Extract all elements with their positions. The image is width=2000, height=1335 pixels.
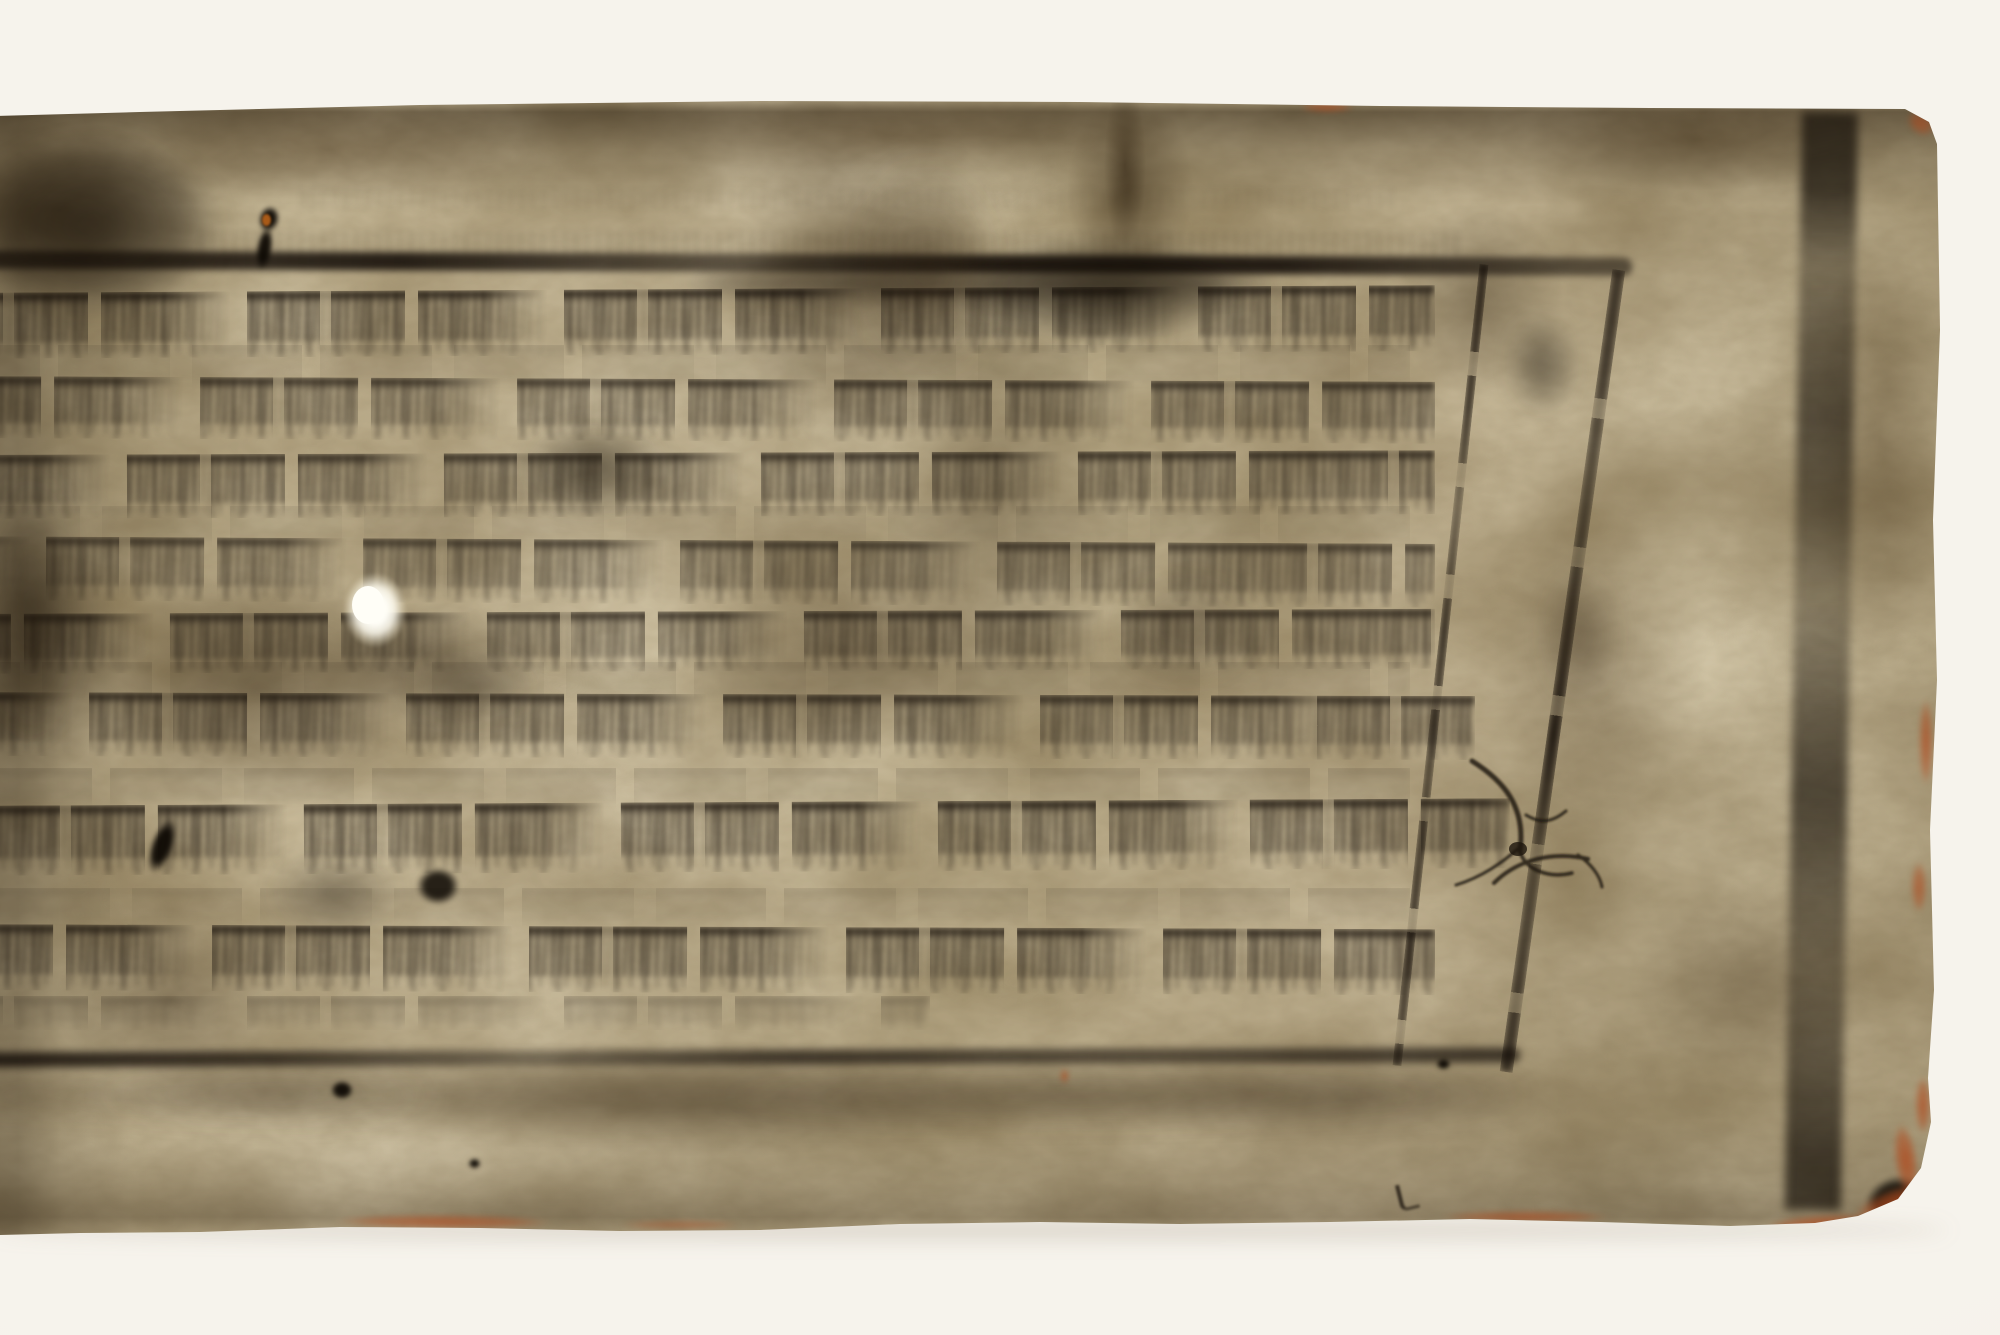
ink-smudge (1092, 552, 1282, 702)
ink-blob (468, 1158, 481, 1169)
ink-smudge (1532, 552, 1628, 722)
text-line (0, 376, 1435, 444)
fiber-tuft (1430, 755, 1630, 905)
ink-blob (1436, 1058, 1451, 1070)
edge-dye-stain (1296, 101, 1358, 113)
glare-spot-core (352, 586, 384, 624)
ink-smudge (252, 835, 417, 950)
text-line (0, 996, 930, 1030)
ink-smudge (50, 1058, 480, 1130)
text-line (0, 924, 1435, 995)
edge-dye-stain (1428, 1210, 1623, 1224)
ink-blob (330, 1080, 354, 1100)
ink-smudge (835, 128, 1020, 413)
text-line-ghost (0, 888, 1410, 928)
ink-smudge (498, 406, 693, 531)
ink-smudge (1495, 300, 1590, 430)
edge-dye-stain (610, 1220, 750, 1230)
text-line (0, 798, 1510, 876)
amber-fleck (262, 214, 271, 226)
ink-smudge (620, 1066, 1540, 1128)
text-line (0, 692, 1475, 760)
edge-dye-stain (1914, 1072, 1932, 1138)
edge-dye-stain (1060, 1068, 1069, 1084)
photograph (0, 0, 2000, 1335)
ink-blob (415, 866, 461, 906)
manuscript-leaf (0, 0, 2000, 1335)
edge-dye-stain (1918, 692, 1934, 792)
edge-dye-stain (1910, 858, 1928, 916)
